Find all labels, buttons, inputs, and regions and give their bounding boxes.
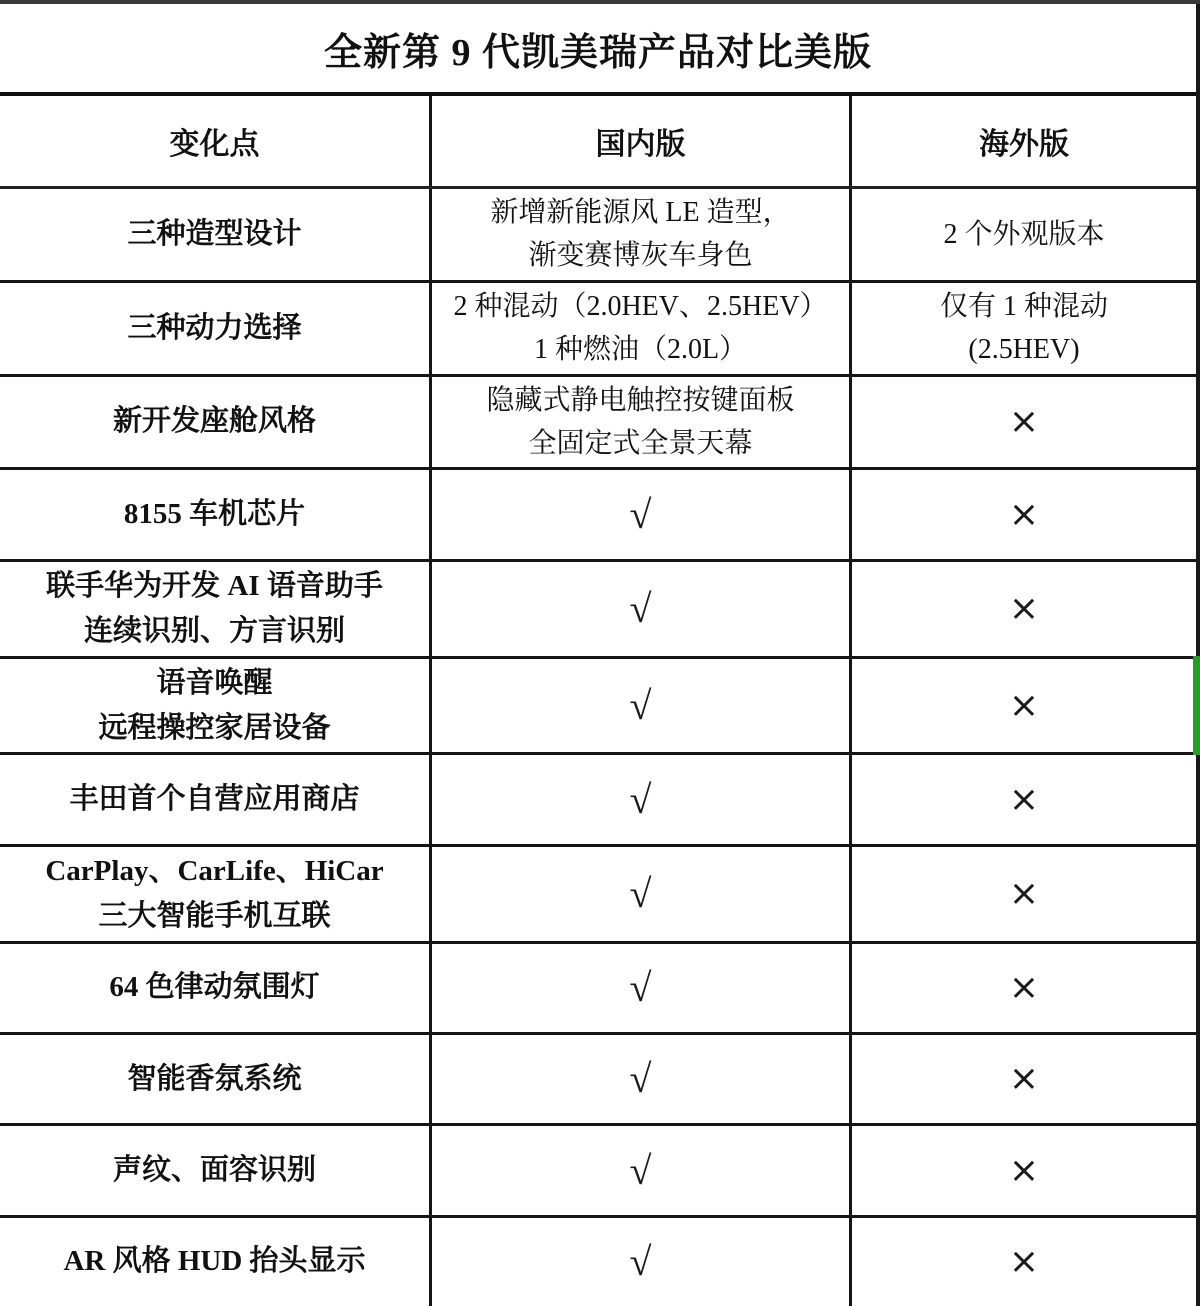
check-mark: √: [630, 1242, 652, 1282]
overseas-cell: ×: [852, 847, 1196, 941]
table-row: CarPlay、CarLife、HiCar三大智能手机互联√×: [0, 847, 1196, 944]
cross-mark: ×: [1009, 497, 1039, 533]
cell-line: 1 种燃油（2.0L）: [534, 328, 747, 371]
domestic-cell: √: [432, 659, 852, 753]
overseas-cell: ×: [852, 944, 1196, 1032]
domestic-cell: 隐藏式静电触控按键面板全固定式全景天幕: [432, 377, 852, 468]
feature-cell: 联手华为开发 AI 语音助手连续识别、方言识别: [0, 562, 432, 656]
domestic-cell: √: [432, 562, 852, 656]
domestic-cell: √: [432, 1218, 852, 1306]
cell-line: 远程操控家居设备: [98, 706, 330, 751]
page-title: 全新第 9 代凯美瑞产品对比美版: [324, 21, 872, 76]
cell-line: 8155 车机芯片: [124, 492, 305, 537]
feature-cell: 三种造型设计: [0, 189, 432, 280]
feature-cell: 新开发座舱风格: [0, 377, 432, 468]
domestic-cell: √: [432, 847, 852, 941]
overseas-cell: ×: [852, 377, 1196, 468]
table-row: 丰田首个自营应用商店√×: [0, 755, 1196, 846]
table-row: 智能香氛系统√×: [0, 1035, 1196, 1126]
cross-mark: ×: [1009, 782, 1039, 818]
table-row: 声纹、面容识别√×: [0, 1126, 1196, 1217]
check-mark: √: [630, 686, 652, 726]
cell-line: 2 种混动（2.0HEV、2.5HEV）: [453, 285, 827, 328]
cross-mark: ×: [1009, 1244, 1039, 1280]
cell-line: 全固定式全景天幕: [528, 422, 752, 465]
feature-cell: 三种动力选择: [0, 283, 432, 374]
table-row: 三种动力选择2 种混动（2.0HEV、2.5HEV）1 种燃油（2.0L）仅有 …: [0, 283, 1196, 377]
cell-line: 丰田首个自营应用商店: [69, 777, 359, 822]
cell-line: 仅有 1 种混动: [940, 285, 1108, 328]
feature-cell: CarPlay、CarLife、HiCar三大智能手机互联: [0, 847, 432, 941]
cross-mark: ×: [1009, 688, 1039, 724]
feature-cell: 64 色律动氛围灯: [0, 944, 432, 1032]
column-header-overseas: 海外版: [852, 96, 1196, 186]
cell-line: (2.5HEV): [968, 328, 1079, 371]
feature-cell: 语音唤醒远程操控家居设备: [0, 659, 432, 753]
cell-line: 渐变赛博灰车身色: [528, 234, 752, 277]
check-mark: √: [630, 495, 652, 535]
cell-line: 新开发座舱风格: [113, 399, 316, 444]
cell-line: 三种动力选择: [127, 306, 301, 351]
feature-cell: 丰田首个自营应用商店: [0, 755, 432, 843]
table-header-row: 变化点 国内版 海外版: [0, 96, 1196, 189]
cell-line: 声纹、面容识别: [113, 1148, 316, 1193]
comparison-table: 全新第 9 代凯美瑞产品对比美版 变化点 国内版 海外版 三种造型设计新增新能源…: [0, 4, 1200, 1306]
check-mark: √: [630, 1059, 652, 1099]
table-title-row: 全新第 9 代凯美瑞产品对比美版: [0, 4, 1196, 96]
feature-cell: AR 风格 HUD 抬头显示: [0, 1218, 432, 1306]
check-mark: √: [630, 780, 652, 820]
cell-line: 新增新能源风 LE 造型，: [490, 191, 790, 234]
overseas-cell: ×: [852, 659, 1196, 753]
cell-line: AR 风格 HUD 抬头显示: [63, 1239, 365, 1284]
cell-line: CarPlay、CarLife、HiCar: [45, 849, 383, 894]
check-mark: √: [630, 589, 652, 629]
cell-line: 三大智能手机互联: [98, 894, 330, 939]
check-mark: √: [630, 1151, 652, 1191]
cell-line: 隐藏式静电触控按键面板: [486, 379, 794, 422]
table-row: 三种造型设计新增新能源风 LE 造型，渐变赛博灰车身色2 个外观版本: [0, 189, 1196, 283]
table-row: 新开发座舱风格隐藏式静电触控按键面板全固定式全景天幕×: [0, 377, 1196, 471]
green-highlight-bar: [1193, 656, 1200, 756]
overseas-cell: ×: [852, 562, 1196, 656]
cross-mark: ×: [1009, 591, 1039, 627]
overseas-cell: ×: [852, 1035, 1196, 1123]
overseas-cell: 2 个外观版本: [852, 189, 1196, 280]
domestic-cell: 2 种混动（2.0HEV、2.5HEV）1 种燃油（2.0L）: [432, 283, 852, 374]
column-header-feature: 变化点: [0, 96, 432, 186]
domestic-cell: √: [432, 1035, 852, 1123]
cross-mark: ×: [1009, 404, 1039, 440]
table-row: 8155 车机芯片√×: [0, 470, 1196, 561]
domestic-cell: √: [432, 470, 852, 558]
cross-mark: ×: [1009, 1153, 1039, 1189]
cell-line: 连续识别、方言识别: [84, 609, 345, 654]
check-mark: √: [630, 968, 652, 1008]
cell-line: 三种造型设计: [127, 212, 301, 257]
cell-line: 64 色律动氛围灯: [109, 965, 319, 1010]
feature-cell: 智能香氛系统: [0, 1035, 432, 1123]
domestic-cell: √: [432, 944, 852, 1032]
table-row: 64 色律动氛围灯√×: [0, 944, 1196, 1035]
column-header-domestic: 国内版: [432, 96, 852, 186]
cross-mark: ×: [1009, 876, 1039, 912]
overseas-cell: ×: [852, 755, 1196, 843]
feature-cell: 8155 车机芯片: [0, 470, 432, 558]
cross-mark: ×: [1009, 1061, 1039, 1097]
overseas-cell: ×: [852, 470, 1196, 558]
table-row: 语音唤醒远程操控家居设备√×: [0, 659, 1196, 756]
overseas-cell: ×: [852, 1126, 1196, 1214]
check-mark: √: [630, 874, 652, 914]
table-row: 联手华为开发 AI 语音助手连续识别、方言识别√×: [0, 562, 1196, 659]
overseas-cell: ×: [852, 1218, 1196, 1306]
cell-line: 联手华为开发 AI 语音助手: [46, 564, 383, 609]
domestic-cell: 新增新能源风 LE 造型，渐变赛博灰车身色: [432, 189, 852, 280]
table-body: 三种造型设计新增新能源风 LE 造型，渐变赛博灰车身色2 个外观版本三种动力选择…: [0, 189, 1196, 1306]
feature-cell: 声纹、面容识别: [0, 1126, 432, 1214]
overseas-cell: 仅有 1 种混动(2.5HEV): [852, 283, 1196, 374]
domestic-cell: √: [432, 755, 852, 843]
domestic-cell: √: [432, 1126, 852, 1214]
table-row: AR 风格 HUD 抬头显示√×: [0, 1218, 1196, 1306]
cell-line: 2 个外观版本: [943, 213, 1104, 256]
cell-line: 语音唤醒: [156, 661, 272, 706]
cross-mark: ×: [1009, 970, 1039, 1006]
cell-line: 智能香氛系统: [127, 1057, 301, 1102]
